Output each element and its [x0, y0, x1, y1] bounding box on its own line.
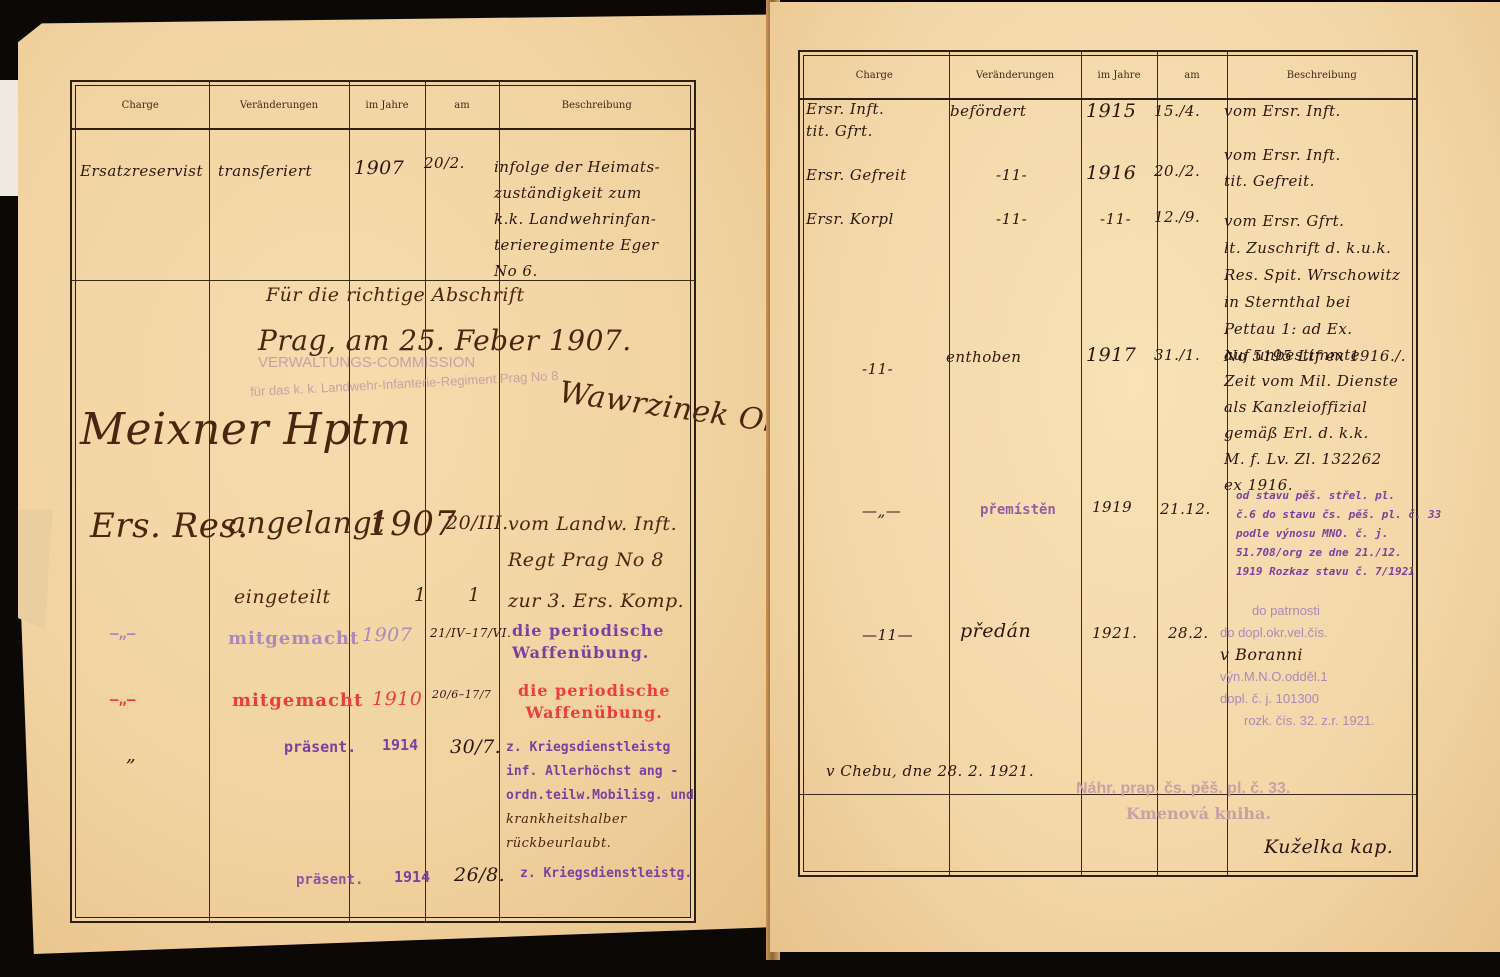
left-header-row: Charge Veränderungen im Jahre am Beschre…	[71, 81, 695, 129]
r-entry4-description: od stavu pěš. střel. pl. č.6 do stavu čs…	[1236, 486, 1441, 581]
header-charge: Charge	[71, 81, 209, 129]
header-charge: Charge	[799, 51, 949, 99]
desc-line: lt. Zuschrift d. k.u.k.	[1224, 235, 1406, 262]
left-page: Charge Veränderungen im Jahre am Beschre…	[18, 14, 810, 954]
r-entry3-day: 31./1.	[1154, 346, 1200, 364]
desc-line: ordn.teilw.Mobilisg. und	[506, 784, 694, 808]
entry5-description: die periodische Waffenübung.	[518, 680, 670, 724]
desc-line: podle výnosu MNO. č. j.	[1236, 524, 1441, 543]
entry4-description: die periodische Waffenübung.	[512, 620, 664, 664]
r-entry5-year: 1921.	[1092, 624, 1137, 642]
kmenova-stamp-line2: Kmenová kniha.	[1126, 804, 1271, 823]
r-entry4-year: 1919	[1092, 498, 1132, 516]
desc-line: do dopl.okr.vel.čís.	[1220, 622, 1375, 644]
entry5-day: 20/6–17/7	[432, 688, 491, 701]
r-entry3-charge: -11-	[862, 360, 893, 378]
r-entry4-day: 21.12.	[1160, 500, 1211, 518]
header-description: Beschreibung	[499, 81, 695, 129]
entry7-description: z. Kriegsdienstleistg.	[520, 866, 692, 881]
header-changes: Veränderungen	[949, 51, 1081, 99]
desc-line: od stavu pěš. střel. pl.	[1236, 486, 1441, 505]
desc-line: rückbeurlaubt.	[506, 832, 694, 856]
r-entry4-charge: —„—	[862, 502, 901, 520]
desc-line: vom Ersr. Inft.	[1224, 142, 1341, 168]
commission-stamp-line1: VERWALTUNGS-COMMISSION	[258, 354, 475, 371]
entry2-description: vom Landw. Inft. Regt Prag No 8	[508, 506, 677, 578]
r-entry4-change: přemístěn	[980, 502, 1056, 518]
kmenova-stamp-line1: Náhr. prap. čs. pěš. pl. č. 33.	[1076, 780, 1290, 798]
desc-line: als Kanzleioffizial	[1224, 394, 1398, 420]
entry5-year: 1910	[372, 688, 422, 710]
captain-signature: Kuželka kap.	[1264, 836, 1393, 858]
entry7-day: 26/8.	[454, 864, 505, 886]
entry1-day: 20/2.	[424, 154, 465, 172]
desc-line: Pettau 1: ad Ex.	[1224, 316, 1406, 343]
entry2-year: 1907	[368, 504, 457, 544]
entry3-description: zur 3. Ers. Komp.	[508, 590, 684, 612]
desc-line: č.6 do stavu čs. pěš. pl. č. 33	[1236, 505, 1441, 524]
certification-line1: Für die richtige Abschrift	[266, 284, 525, 306]
charge-line: tit. Gfrt.	[806, 120, 884, 142]
desc-line: No 6.	[494, 258, 660, 284]
r-entry1-day: 20./2.	[1154, 162, 1200, 180]
r-entry5-charge: —11—	[862, 626, 913, 644]
desc-line: Waffenübung.	[512, 642, 664, 664]
header-day: am	[425, 81, 499, 129]
desc-line: krankheitshalber	[506, 808, 694, 832]
entry6-day: 30/7.	[450, 736, 501, 758]
r-entry2-charge: Ersr. Korpl	[806, 210, 894, 228]
entry6-description: z. Kriegsdienstleistg inf. Allerhöchst a…	[506, 736, 694, 856]
r-entry3-change: enthoben	[946, 348, 1021, 366]
r-entry3-year: 1917	[1086, 344, 1136, 366]
entry2-charge: Ers. Res.	[90, 506, 249, 546]
desc-line: z. Kriegsdienstleistg	[506, 736, 694, 760]
header-description: Beschreibung	[1227, 51, 1417, 99]
desc-line: vom Ersr. Gfrt.	[1224, 208, 1406, 235]
entry4-change: mitgemacht	[228, 628, 359, 649]
desc-line: dopl. č. j. 101300	[1220, 688, 1375, 710]
desc-line: k.k. Landwehrinfan-	[494, 206, 660, 232]
entry6-charge: „	[126, 744, 136, 766]
r-entry3-description: auf unbestimmte Zeit vom Mil. Dienste al…	[1224, 342, 1398, 498]
desc-line: Regt Prag No 8	[508, 542, 677, 578]
desc-line: in Sternthal bei	[1224, 289, 1406, 316]
desc-line: Waffenübung.	[518, 702, 670, 724]
entry7-change: präsent.	[296, 872, 363, 888]
desc-line: die periodische	[518, 680, 670, 702]
desc-line: tit. Gefreit.	[1224, 168, 1341, 194]
signature-left: Meixner Hptm	[80, 404, 411, 455]
r-entry0-charge: Ersr. Inft. tit. Gfrt.	[806, 98, 884, 142]
desc-line: Zeit vom Mil. Dienste	[1224, 368, 1398, 394]
desc-line: M. f. Lv. Zl. 132262	[1224, 446, 1398, 472]
desc-line: v Boranni	[1220, 644, 1375, 666]
right-header-row: Charge Veränderungen im Jahre am Beschre…	[799, 51, 1417, 99]
desc-line: auf unbestimmte	[1224, 342, 1398, 368]
entry3-year: 1	[414, 584, 427, 606]
desc-line: do patrnosti	[1220, 600, 1375, 622]
entry7-year: 1914	[394, 868, 430, 886]
r-entry1-change: -11-	[996, 166, 1027, 184]
entry4-charge: —„—	[110, 626, 135, 642]
entry2-day: 20/III.	[446, 512, 509, 534]
header-year: im Jahre	[349, 81, 425, 129]
desc-line: 1919 Rozkaz stavu č. 7/1921	[1236, 562, 1441, 581]
header-changes: Veränderungen	[209, 81, 349, 129]
header-year: im Jahre	[1081, 51, 1157, 99]
r-entry1-charge: Ersr. Gefreit	[806, 166, 907, 184]
charge-line: Ersr. Inft.	[806, 98, 884, 120]
r-entry0-change: befördert	[950, 102, 1026, 120]
entry1-change: transferiert	[218, 162, 312, 180]
r-entry5-description: do patrnosti do dopl.okr.vel.čís. v Bora…	[1220, 600, 1375, 732]
r-entry2-day: 12./9.	[1154, 208, 1200, 226]
entry3-day: 1	[468, 584, 481, 606]
r-entry2-year: -11-	[1100, 210, 1131, 228]
entry2-change: angelangt	[228, 506, 385, 541]
desc-line: zuständigkeit zum	[494, 180, 660, 206]
desc-line: terieregimente Eger	[494, 232, 660, 258]
entry6-year: 1914	[382, 736, 418, 754]
desc-line: rozk. čís. 32. z.r. 1921.	[1220, 710, 1375, 732]
header-day: am	[1157, 51, 1227, 99]
desc-line: vom Landw. Inft.	[508, 506, 677, 542]
right-page: Charge Veränderungen im Jahre am Beschre…	[770, 2, 1500, 952]
desc-line: gemäß Erl. d. k.k.	[1224, 420, 1398, 446]
place-date: v Chebu, dne 28. 2. 1921.	[826, 762, 1034, 780]
r-entry1-description: vom Ersr. Inft. tit. Gefreit.	[1224, 142, 1341, 194]
desc-line: die periodische	[512, 620, 664, 642]
desc-line: inf. Allerhöchst ang -	[506, 760, 694, 784]
entry1-description: infolge der Heimats- zuständigkeit zum k…	[494, 154, 660, 284]
r-entry0-year: 1915	[1086, 100, 1136, 122]
desc-line: Res. Spit. Wrschowitz	[1224, 262, 1406, 289]
r-entry5-day: 28.2.	[1168, 624, 1209, 642]
r-entry1-year: 1916	[1086, 162, 1136, 184]
r-entry0-day: 15./4.	[1154, 102, 1200, 120]
entry5-charge: —„—	[110, 692, 135, 708]
desc-line: výn.M.N.O.odděl.1	[1220, 666, 1375, 688]
entry5-change: mitgemacht	[232, 690, 363, 711]
entry4-day: 21/IV–17/VI.	[430, 626, 511, 640]
r-entry5-change: předán	[960, 620, 1031, 642]
r-entry2-change: -11-	[996, 210, 1027, 228]
entry3-change: eingeteilt	[234, 586, 331, 608]
desc-line: 51.708/org ze dne 21./12.	[1236, 543, 1441, 562]
certification-line2: Prag, am 25. Feber 1907.	[258, 324, 632, 357]
entry6-change: präsent.	[284, 738, 356, 756]
entry4-year: 1907	[362, 624, 412, 646]
entry1-year: 1907	[354, 157, 404, 179]
entry1-charge: Ersatzreservist	[80, 162, 203, 180]
desc-line: infolge der Heimats-	[494, 154, 660, 180]
r-entry0-description: vom Ersr. Inft.	[1224, 102, 1341, 120]
